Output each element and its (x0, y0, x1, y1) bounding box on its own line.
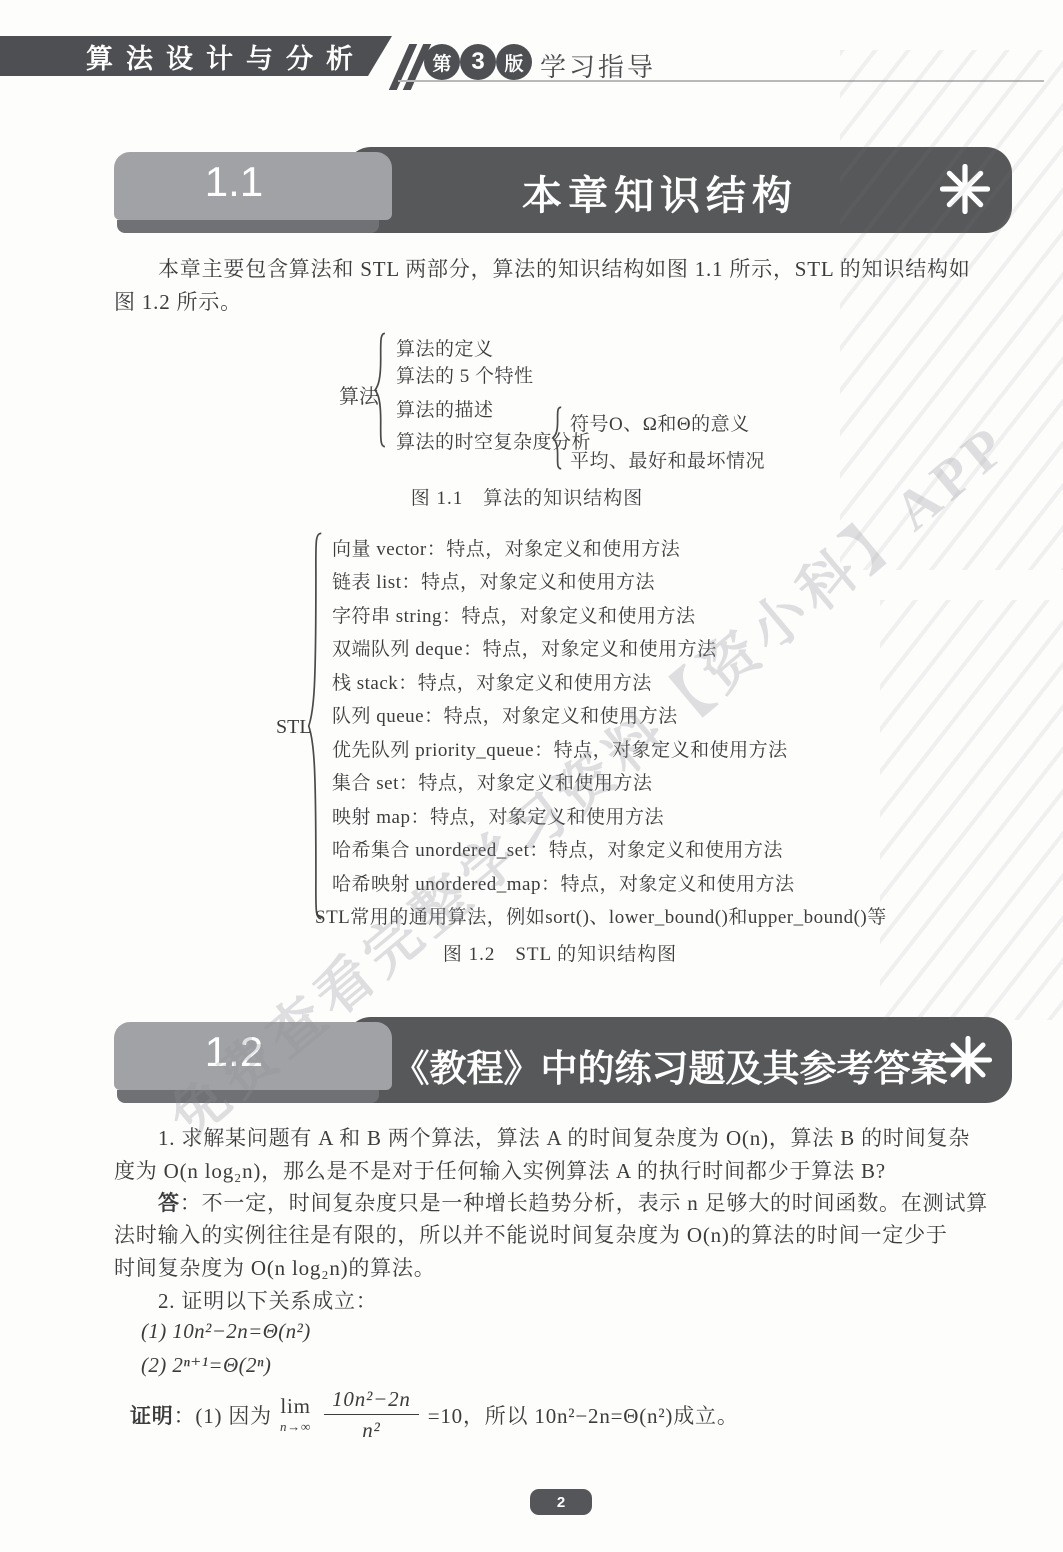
brace-icon (551, 406, 563, 470)
fig2-branch: STL常用的通用算法，例如sort()、lower_bound()和upper_… (315, 902, 887, 929)
fig1-branch: 算法的描述 (396, 395, 494, 422)
proof-label: 证明 (130, 1400, 174, 1430)
section-1-2-number: 1.2 (114, 1028, 354, 1076)
question-1-line-1: 1. 求解某问题有 A 和 B 两个算法，算法 A 的时间复杂度为 O(n)，算… (114, 1125, 984, 1152)
fig2-branch: 栈 stack：特点，对象定义和使用方法 (332, 668, 652, 695)
fig2-branch: 哈希集合 unordered_set：特点，对象定义和使用方法 (332, 835, 783, 862)
answer-1-line-2: 法时输入的实例往往是有限的，所以并不能说时间复杂度为 O(n)的算法的时间一定少… (114, 1222, 984, 1249)
answer-1-line-1: 答：不一定，时间复杂度只是一种增长趋势分析，表示 n 足够大的时间函数。在测试算 (114, 1190, 984, 1217)
fig2-branch: 映射 map：特点，对象定义和使用方法 (332, 802, 664, 829)
fraction-denominator: n² (362, 1415, 380, 1443)
limit-operator: lim n→∞ (280, 1396, 311, 1433)
proof-tail: =10，所以 10n²−2n=Θ(n²)成立。 (428, 1400, 739, 1430)
section-1-1-number: 1.1 (114, 158, 354, 206)
figure-1-1-caption: 图 1.1 算法的知识结构图 (297, 483, 757, 510)
edition-badge-first: 第 (424, 44, 460, 80)
page-number-badge: 2 (530, 1489, 592, 1515)
scan-streaks-mid-right (880, 600, 1063, 1020)
edition-badge-number: 3 (460, 44, 496, 80)
relation-2: (2) 2ⁿ⁺¹=Θ(2ⁿ) (114, 1352, 1011, 1379)
fraction-numerator: 10n²−2n (324, 1386, 419, 1415)
fig1-sub-branch: 平均、最好和最坏情况 (570, 446, 765, 473)
intro-line-1: 本章主要包含算法和 STL 两部分，算法的知识结构如图 1.1 所示，STL 的… (114, 256, 984, 283)
lim-text: lim (280, 1396, 310, 1417)
fig2-branch: 向量 vector：特点，对象定义和使用方法 (332, 534, 680, 561)
asterisk-icon (944, 1036, 992, 1084)
fig2-branch: 双端队列 deque：特点，对象定义和使用方法 (332, 634, 717, 661)
fig1-branch: 算法的定义 (396, 334, 494, 361)
section-1-1-number-box-shadow (117, 220, 379, 233)
fig2-branch: 链表 list：特点，对象定义和使用方法 (332, 567, 655, 594)
fraction: 10n²−2n n² (324, 1386, 419, 1444)
proof-lead: ：(1) 因为 (174, 1400, 272, 1430)
lim-subscript: n→∞ (280, 1420, 311, 1433)
fig2-branch: 字符串 string：特点，对象定义和使用方法 (332, 601, 696, 628)
fig1-sub-branch: 符号O、Ω和Θ的意义 (570, 409, 750, 436)
proof-line: 证明 ：(1) 因为 lim n→∞ 10n²−2n n² =10，所以 10n… (130, 1386, 739, 1444)
intro-line-2: 图 1.2 所示。 (114, 289, 984, 316)
book-page: 算法设计与分析 第 3 版 学习指导 1.1 本章知识结构 本章主要包含算法和 … (0, 0, 1063, 1552)
fig2-branch: 哈希映射 unordered_map：特点，对象定义和使用方法 (332, 869, 794, 896)
series-title: 算法设计与分析 (26, 37, 366, 76)
answer-1-text: ：不一定，时间复杂度只是一种增长趋势分析，表示 n 足够大的时间函数。在测试算 (180, 1191, 988, 1215)
fig2-branch: 优先队列 priority_queue：特点，对象定义和使用方法 (332, 735, 788, 762)
header-series-banner: 算法设计与分析 (0, 36, 392, 76)
answer-label: 答 (158, 1191, 180, 1215)
answer-1-line-3: 时间复杂度为 O(n log₂n)的算法。 (114, 1255, 984, 1282)
brace-icon (373, 331, 387, 449)
header-rule (398, 80, 1044, 82)
section-1-2-title: 《教程》中的练习题及其参考答案 (392, 1038, 948, 1092)
fig1-branch: 算法的 5 个特性 (396, 361, 534, 388)
fig2-branch: 集合 set：特点，对象定义和使用方法 (332, 768, 652, 795)
page-number: 2 (557, 1494, 565, 1511)
brace-icon (306, 531, 324, 921)
asterisk-icon (940, 164, 990, 214)
question-1-line-2: 度为 O(n log₂n)，那么是不是对于任何输入实例算法 A 的执行时间都少于… (114, 1158, 984, 1185)
edition-badge-edition: 版 (496, 44, 532, 80)
relation-1: (1) 10n²−2n=Θ(n²) (114, 1318, 1011, 1345)
header-subtitle: 学习指导 (540, 47, 656, 84)
fig2-branch: 队列 queue：特点，对象定义和使用方法 (332, 701, 678, 728)
section-1-2-number-box-shadow (117, 1090, 379, 1103)
question-2: 2. 证明以下关系成立： (114, 1288, 984, 1315)
figure-1-2-caption: 图 1.2 STL 的知识结构图 (330, 939, 790, 966)
header-stripe-2 (413, 44, 421, 90)
section-1-1-title: 本章知识结构 (400, 164, 920, 221)
